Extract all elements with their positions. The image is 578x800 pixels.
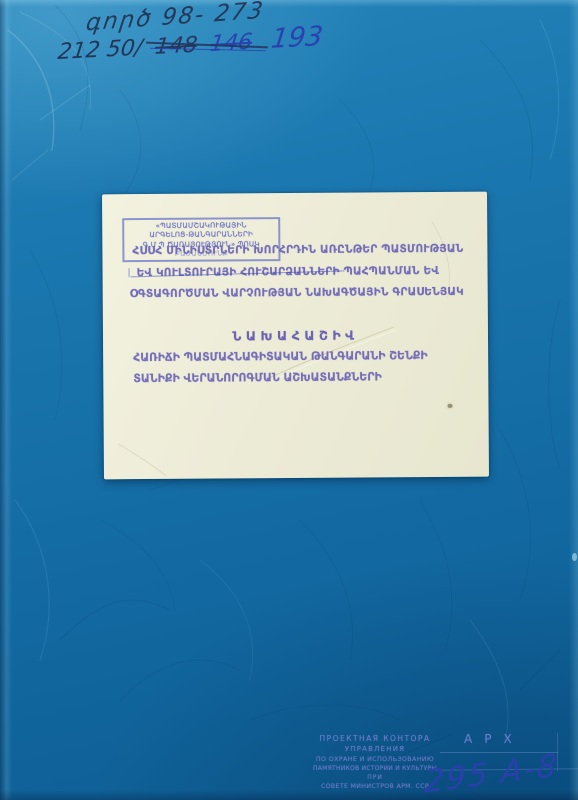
- cover-edge-shading-top: [0, 0, 578, 7]
- stamp-line-1: ПРОЕКТНАЯ КОНТОРА: [310, 734, 440, 743]
- estimate-subject-line-2: ՏԱՆԻՔԻ ՎԵՐԱՆՈՐՈԳՄԱՆ ԱՇԽԱՏԱՆՔՆԵՐԻ: [133, 369, 382, 385]
- struck-number-1: 148: [154, 33, 199, 60]
- arch-index-label: АРХ: [464, 732, 524, 746]
- final-number: 193: [269, 21, 324, 55]
- stamp-line-4: ПАМЯТНИКОВ ИСТОРИИ И КУЛЬТУРЫ: [310, 765, 440, 772]
- paper-speck: [447, 404, 452, 408]
- cover-edge-shading-left: [0, 0, 12, 800]
- stamp-line-2: УПРАВЛЕНИЯ: [310, 745, 440, 753]
- org-stamp-line-1: ՀՍՍՀ ՄԻՆԻՍՏՐՆԵՐԻ ԽՈՐՀՐԴԻՆ ԱՌԸՆԹԵՐ ՊԱՏՄՈՒ…: [132, 242, 463, 257]
- design-office-stamp: ПРОЕКТНАЯ КОНТОРА УПРАВЛЕНИЯ ПО ОХРАНЕ И…: [310, 734, 440, 790]
- stamp-line-5: ПРИ: [310, 774, 440, 781]
- scan-canvas: գործ 98- 273 212 50/ 148 146 193 «ՊԱՏՄԱՄ…: [0, 0, 578, 800]
- folder-cover: գործ 98- 273 212 50/ 148 146 193 «ՊԱՏՄԱՄ…: [0, 0, 578, 800]
- estimate-subject-line-1: ՀԱՌԻՃԻ ՊԱՏՄԱՀՆԱԳԻՏԱԿԱՆ ԹԱՆԳԱՐԱՆԻ ՇԵՆՔԻ: [133, 348, 428, 364]
- stamp-line-6: СОВЕТЕ МИНИСТРОВ АРМ. ССР: [310, 783, 440, 790]
- pasted-label: «ՊԱՏՄԱՄՇԱԿՈՒԹԱՅԻՆ ԱՐԳԵԼՈՑ-ԹԱՆԳԱՐԱՆՆԵՐԻ Գ…: [102, 192, 489, 480]
- org-stamp-line-3: ՕԳՏԱԳՈՐԾՄԱՆ ՎԱՐՉՈՒԹՅԱՆ ՆԱԽԱԳԾԱՅԻՆ ԳՐԱՍԵՆ…: [130, 285, 464, 300]
- handwritten-inventory-prefix: 212 50/: [56, 35, 143, 65]
- cover-edge-shading-right: [569, 0, 578, 800]
- estimate-title: ՆԱԽԱՀԱՇԻՎ: [103, 327, 488, 345]
- cover-edge-nick: [572, 553, 577, 561]
- stamp-line-3: ПО ОХРАНЕ И ИСПОЛЬЗОВАНИЮ: [310, 756, 440, 763]
- stray-stamp-line-hook: [129, 268, 130, 277]
